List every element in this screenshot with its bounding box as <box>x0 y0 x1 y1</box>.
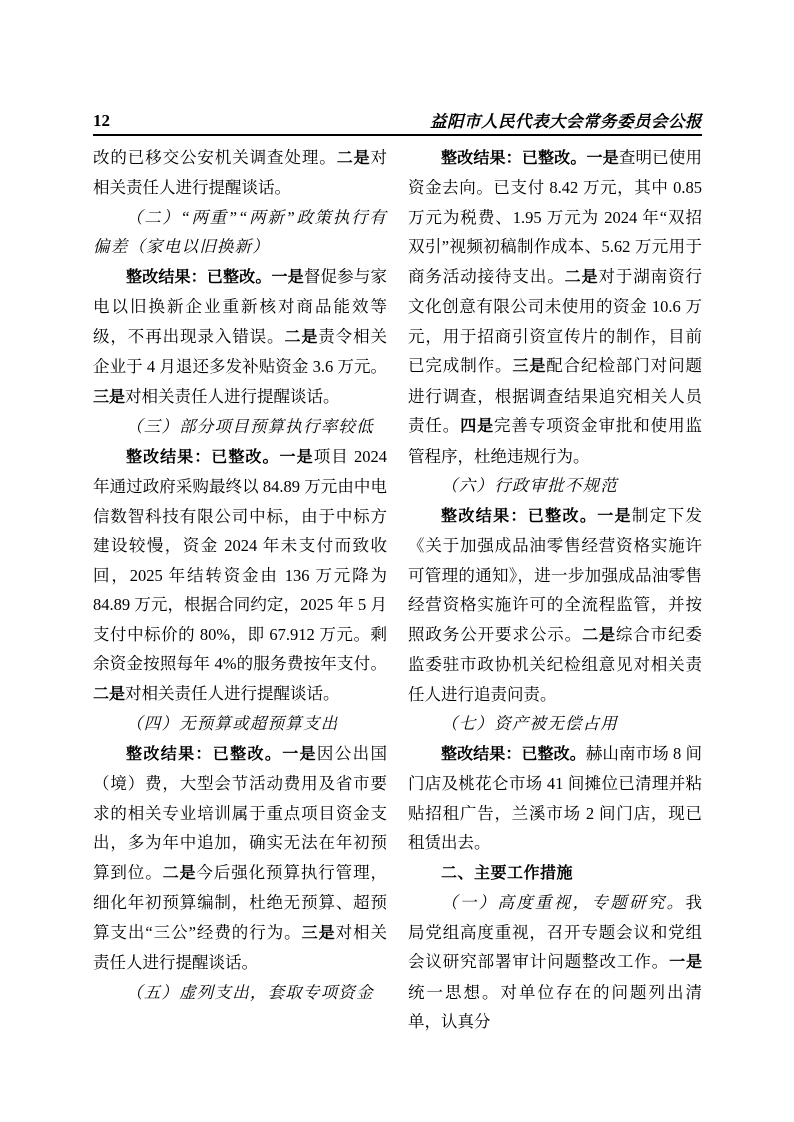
subsection-heading: （七）资产被无偿占用 <box>408 709 702 739</box>
body-paragraph: 整改结果：已整改。一是项目 2024 年通过政府采购最终以 84.89 万元由中… <box>93 442 387 710</box>
text-segment-bold: 二是 <box>284 329 318 346</box>
text-segment-kai: （六）行政审批不规范 <box>441 476 618 495</box>
text-segment-kai: （三）部分项目预算执行率较低 <box>126 417 374 436</box>
body-paragraph: 整改结果：已整改。一是因公出国（境）费，大型会节活动费用及省市要求的相关专业培训… <box>93 739 387 978</box>
text-segment-bold: 整改结果：已整改。 <box>441 746 586 763</box>
document-page: 12 益阳市人民代表大会常务委员会公报 改的已移交公安机关调查处理。二是对相关责… <box>0 0 794 1122</box>
text-segment-plain: 对相关责任人进行提醒谈话。 <box>125 387 340 406</box>
subsection-heading: （四）无预算或超预算支出 <box>93 709 387 739</box>
text-columns: 改的已移交公安机关调查处理。二是对相关责任人进行提醒谈话。（二）“两重”“两新”… <box>93 143 702 1037</box>
text-segment-kai: （一）高度重视，专题研究。 <box>441 893 686 912</box>
body-paragraph: 改的已移交公安机关调查处理。二是对相关责任人进行提醒谈话。 <box>93 143 387 203</box>
text-segment-bold: 二是 <box>565 269 599 286</box>
text-segment-bold: 二是 <box>163 865 197 882</box>
text-segment-plain: 对相关责任人进行提醒谈话。 <box>125 684 340 703</box>
text-segment-bold: 三是 <box>93 389 125 406</box>
body-paragraph: 整改结果：已整改。一是制定下发《关于加强成品油零售经营资格实施许可管理的通知》，… <box>408 501 702 710</box>
subsection-heading: （六）行政审批不规范 <box>408 471 702 501</box>
text-segment-plain: 统一思想。对单位存在的问题列出清单，认真分 <box>408 983 702 1032</box>
page-header: 12 益阳市人民代表大会常务委员会公报 <box>93 112 702 134</box>
section-heading: 二、主要工作措施 <box>408 858 702 889</box>
body-paragraph: 整改结果：已整改。赫山南市场 8 间门店及桃花仑市场 41 间摊位已清理并粘贴招… <box>408 739 702 858</box>
text-segment-bold: 二是 <box>337 150 371 167</box>
subsection-heading: （三）部分项目预算执行率较低 <box>93 412 387 442</box>
body-paragraph: 整改结果：已整改。一是督促参与家电以旧换新企业重新核对商品能效等级，不再出现录入… <box>93 262 387 413</box>
body-paragraph: （一）高度重视，专题研究。我局党组高度重视，召开专题会议和党组会议研究部署审计问… <box>408 888 702 1037</box>
subsection-heading: （五）虚列支出，套取专项资金 <box>93 978 387 1008</box>
body-paragraph: 整改结果：已整改。一是查明已使用资金去向。已支付 8.42 万元，其中 0.85… <box>408 143 702 472</box>
text-segment-plain: 项目 2024 年通过政府采购最终以 84.89 万元由中电信数智科技有限公司中… <box>93 447 387 674</box>
text-segment-bold: 三是 <box>512 358 546 375</box>
text-segment-kai: （四）无预算或超预算支出 <box>126 714 338 733</box>
text-segment-plain: 因公出国（境）费，大型会节活动费用及省市要求的相关专业培训属于重点项目资金支出，… <box>93 744 387 882</box>
column-right: 整改结果：已整改。一是查明已使用资金去向。已支付 8.42 万元，其中 0.85… <box>408 143 702 1037</box>
bulletin-title: 益阳市人民代表大会常务委员会公报 <box>430 113 702 131</box>
text-segment-bold: 二是 <box>582 627 616 644</box>
text-segment-bold: 二是 <box>93 686 125 703</box>
subsection-heading: （二）“两重”“两新”政策执行有偏差（家电以旧换新） <box>93 203 387 262</box>
page-number: 12 <box>93 112 110 131</box>
text-segment-kai: （七）资产被无偿占用 <box>441 714 618 733</box>
text-segment-bold: 整改结果：已整改。一是 <box>126 449 314 466</box>
text-segment-bold: 一是 <box>669 954 702 971</box>
text-segment-bold: 三是 <box>302 925 336 942</box>
text-segment-plain: 改的已移交公安机关调查处理。 <box>93 148 337 167</box>
text-segment-bold: 整改结果：已整改。一是 <box>126 269 304 286</box>
column-left: 改的已移交公安机关调查处理。二是对相关责任人进行提醒谈话。（二）“两重”“两新”… <box>93 143 387 1037</box>
text-segment-kai: （五）虚列支出，套取专项资金 <box>126 983 374 1002</box>
text-segment-bold: 整改结果：已整改。一是 <box>441 150 619 167</box>
header-rule <box>93 134 702 136</box>
text-segment-plain: 查明已使用资金去向。已支付 8.42 万元，其中 0.85 万元为税费、1.95… <box>408 148 702 286</box>
text-segment-bold: 四是 <box>460 418 494 435</box>
text-segment-bold: 整改结果：已整改。一是 <box>441 508 632 525</box>
text-segment-bold: 二、主要工作措施 <box>441 865 573 882</box>
text-segment-plain: 制定下发《关于加强成品油零售经营资格实施许可管理的通知》，进一步加强成品油零售经… <box>408 506 702 644</box>
text-segment-bold: 整改结果：已整改。一是 <box>126 746 317 763</box>
text-segment-kai: （二）“两重”“两新”政策执行有偏差（家电以旧换新） <box>93 208 387 257</box>
